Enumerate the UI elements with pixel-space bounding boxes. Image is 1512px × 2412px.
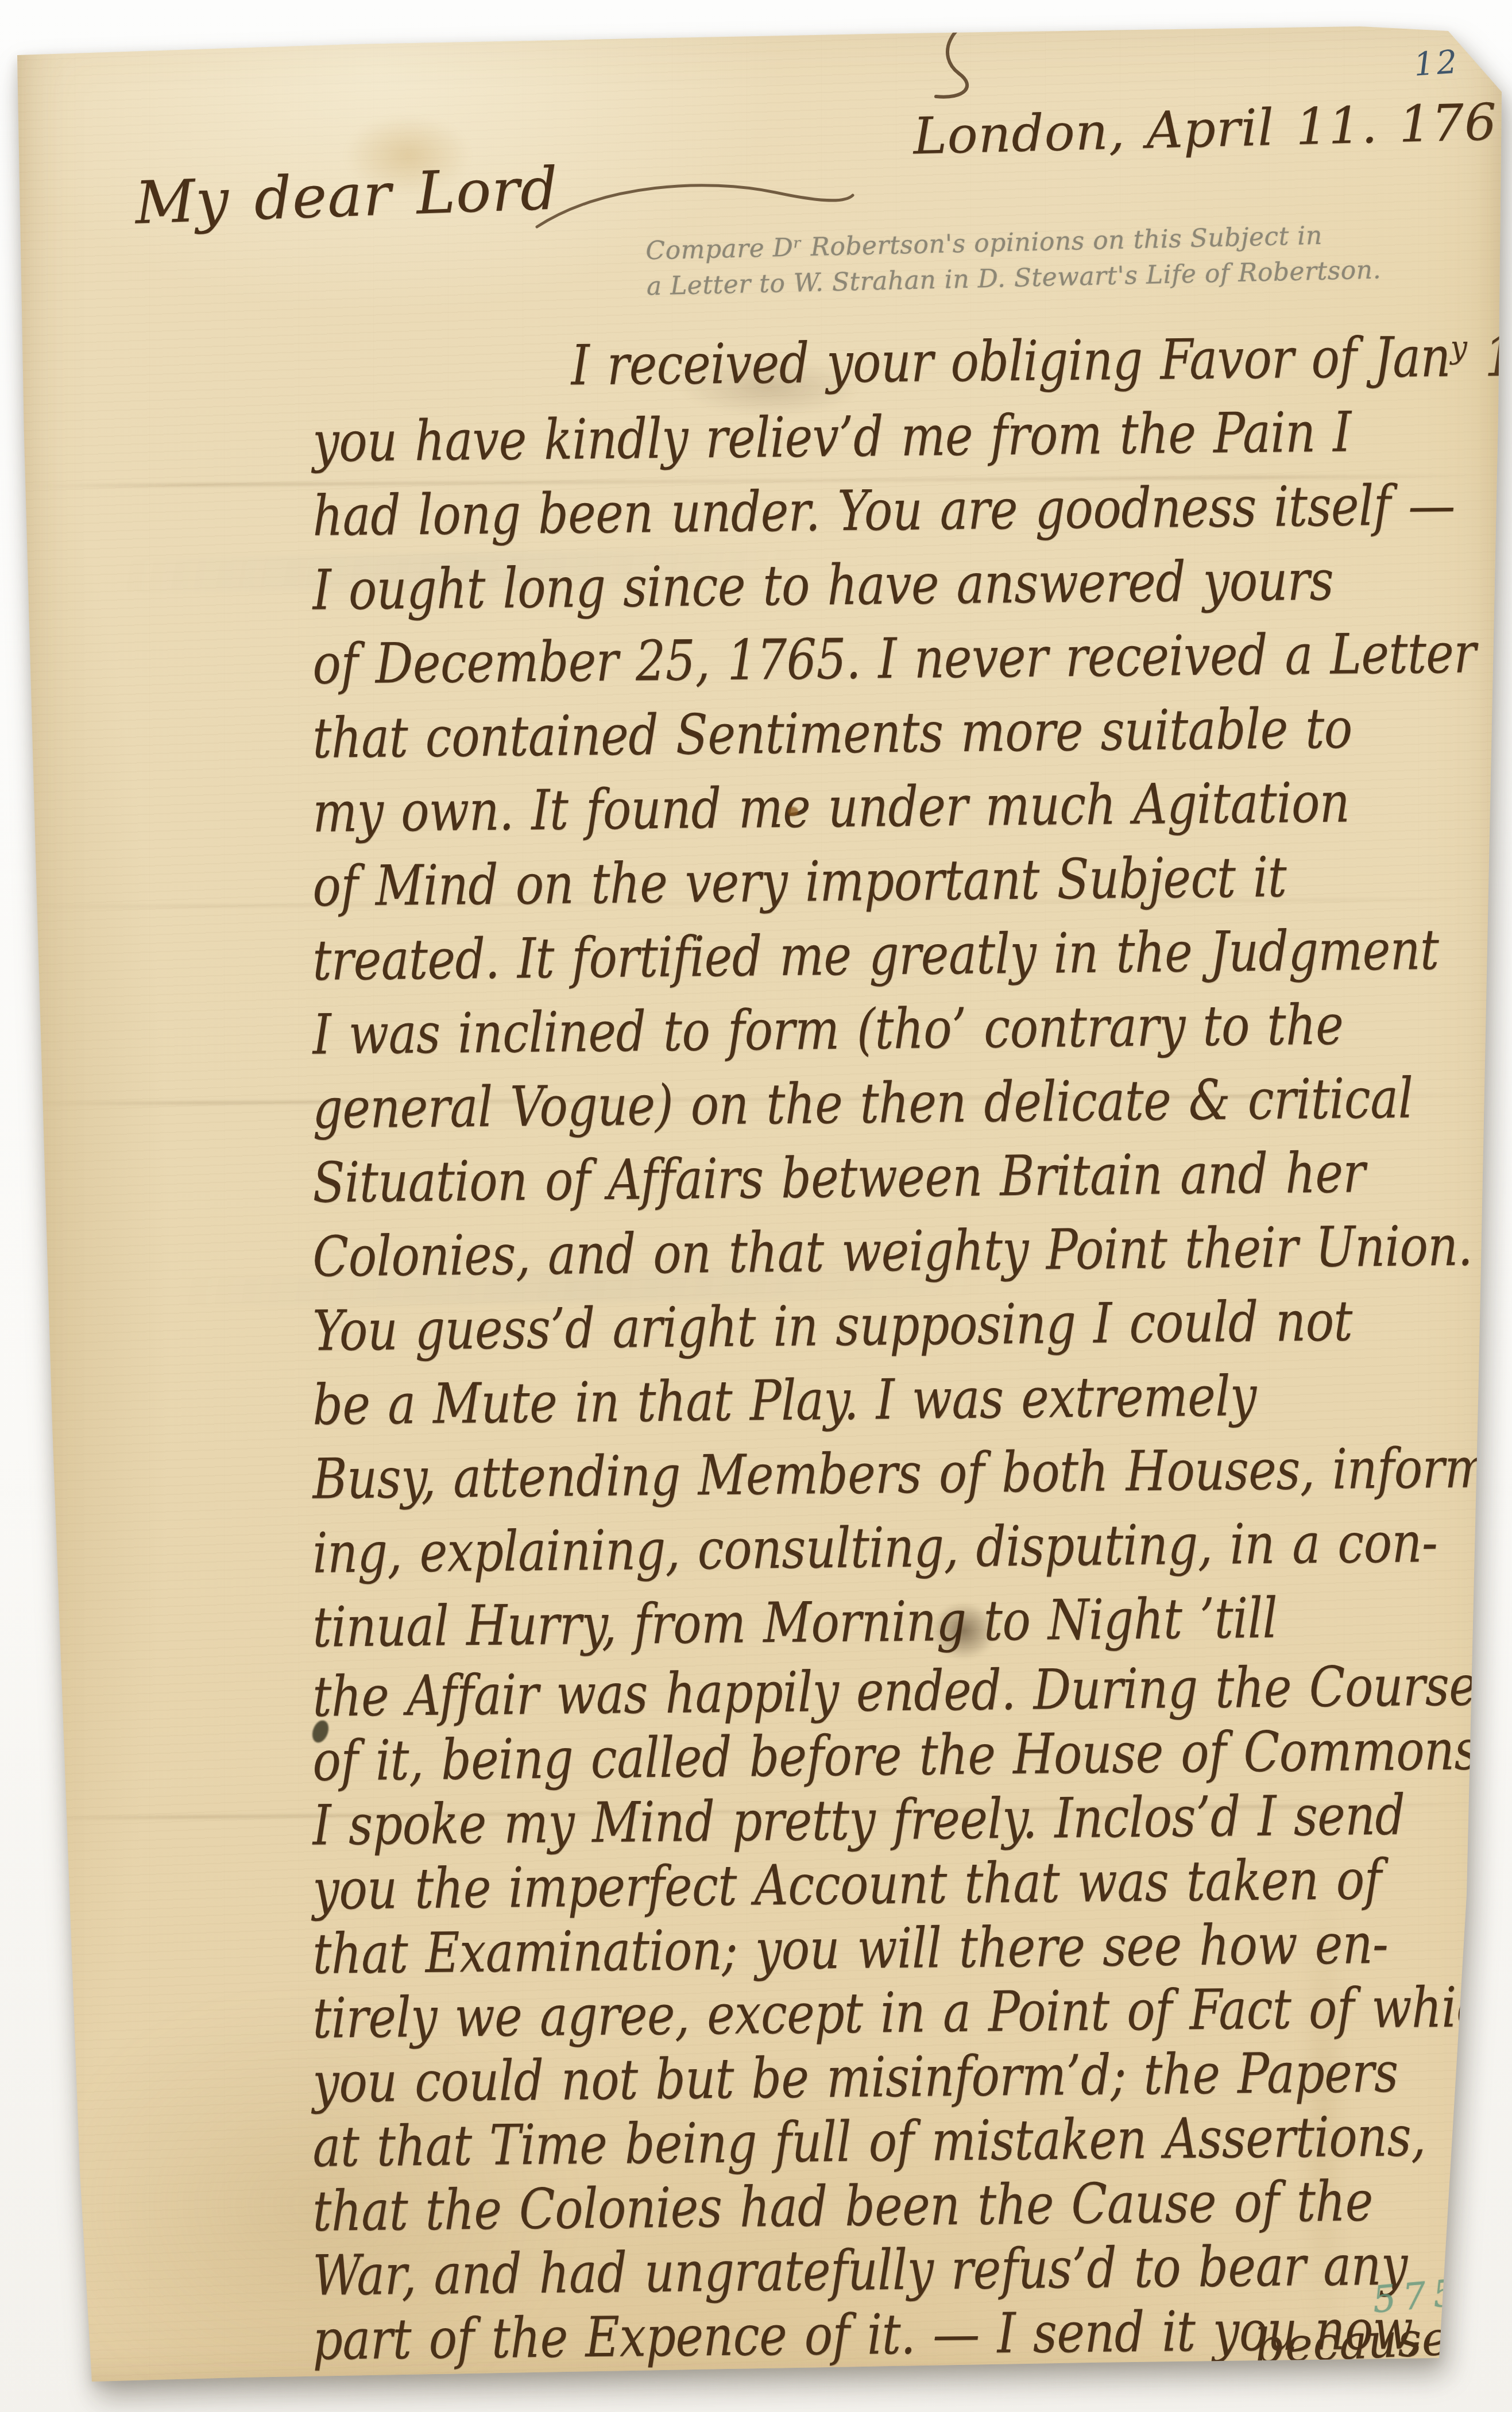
letter-paper: 12 London, April 11. 1767. My dear Lord … <box>0 0 1512 2412</box>
catchword: because <box>1254 2311 1451 2375</box>
body-text: I received your obliging Favor of Janʸ 1… <box>313 336 1467 2377</box>
pencil-annotation: Compare Dʳ Robertson's opinions on this … <box>645 217 1382 305</box>
dateline: London, April 11. 1767. <box>912 91 1512 166</box>
scan-background: 12 London, April 11. 1767. My dear Lord … <box>0 0 1512 2412</box>
folio-number: 12 <box>1413 43 1461 83</box>
letter-paper-wrap: 12 London, April 11. 1767. My dear Lord … <box>0 0 1512 2412</box>
pen-flourish <box>913 5 1005 102</box>
salutation: My dear Lord <box>134 154 559 238</box>
